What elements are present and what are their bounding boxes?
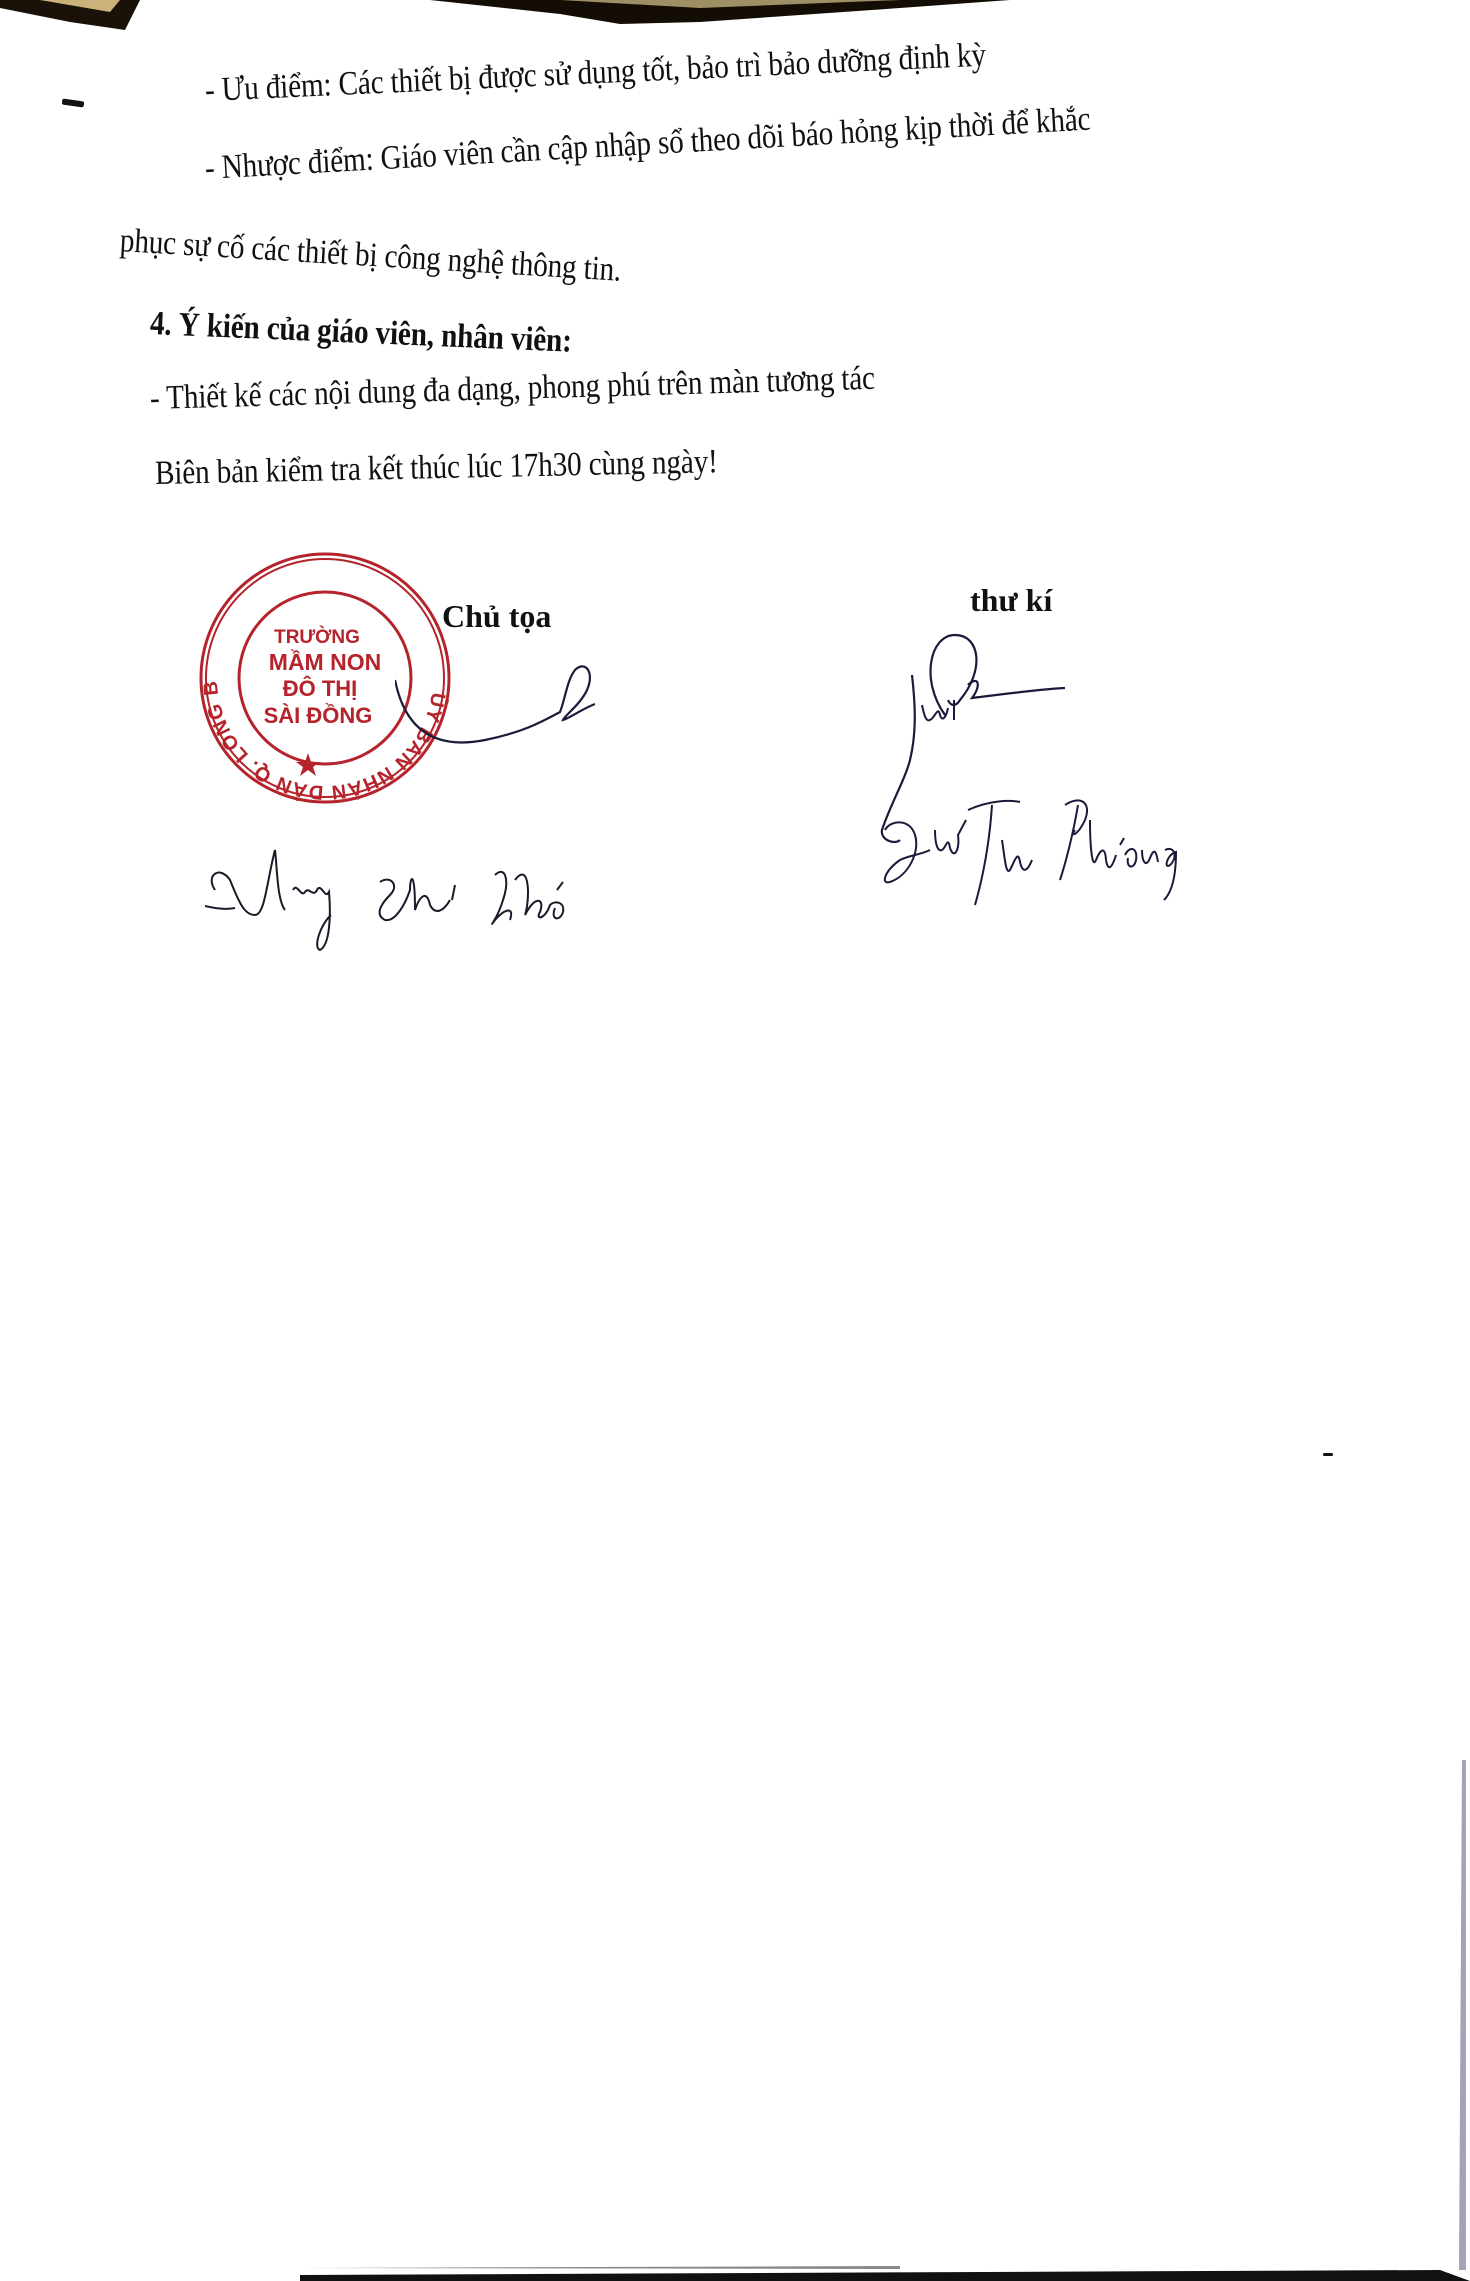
section-4-heading: 4. Ý kiến của giáo viên, nhân viên: <box>149 305 572 361</box>
secretary-signature-name <box>880 790 1240 910</box>
closing-statement: Biên bản kiểm tra kết thúc lúc 17h30 cùn… <box>155 443 718 493</box>
document-page: - Ưu điểm: Các thiết bị được sử dụng tốt… <box>0 0 1470 2281</box>
star-icon <box>296 753 320 776</box>
chair-signature-name <box>205 820 585 960</box>
stray-mark <box>1323 1453 1333 1456</box>
stray-mark <box>62 98 85 107</box>
svg-text:ĐÔ THỊ: ĐÔ THỊ <box>283 676 358 701</box>
disadvantages-text-continued: phục sự cố các thiết bị công nghệ thông … <box>119 222 622 290</box>
disadvantages-text: - Nhược điểm: Giáo viên cần cập nhập sổ … <box>204 101 1091 188</box>
svg-text:SÀI ĐỒNG: SÀI ĐỒNG <box>264 703 373 728</box>
chair-signature-mark <box>395 660 595 780</box>
chair-title: Chủ tọa <box>442 598 551 635</box>
secretary-title: thư kí <box>970 582 1052 619</box>
svg-text:TRƯỜNG: TRƯỜNG <box>274 626 360 648</box>
advantages-text: - Ưu điểm: Các thiết bị được sử dụng tốt… <box>204 37 986 110</box>
svg-text:MẦM NON: MẦM NON <box>269 648 381 675</box>
section-4-item: - Thiết kế các nội dung đa dạng, phong p… <box>149 360 875 418</box>
secretary-name: Đỗ Thu Phương <box>880 860 888 861</box>
chair-name: Trương Thị Hảo <box>205 900 213 901</box>
